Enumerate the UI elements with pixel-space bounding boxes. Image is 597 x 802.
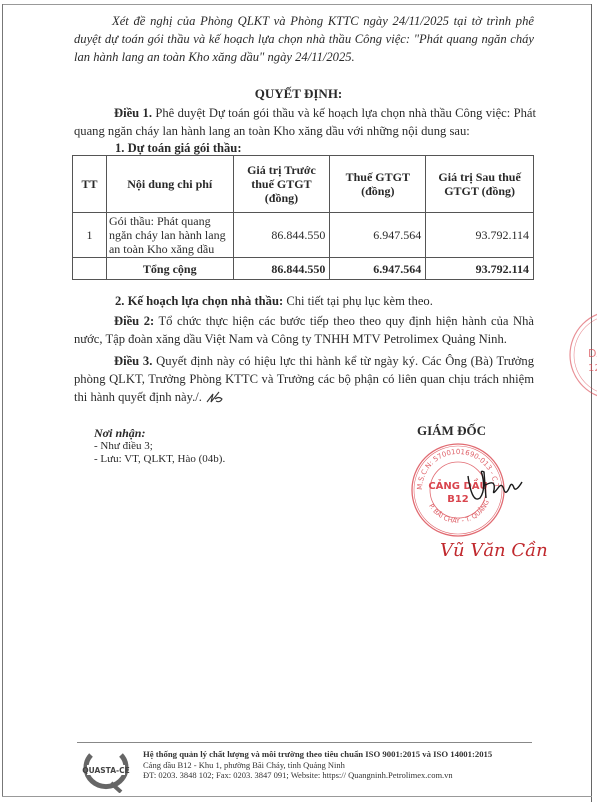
intro-paragraph: Xét đề nghị của Phòng QLKT và Phòng KTTC…: [74, 12, 534, 66]
recipients-block: Nơi nhận: - Như điều 3; - Lưu: VT, QLKT,…: [94, 427, 225, 466]
article-3-label: Điều 3.: [114, 354, 152, 368]
recipients-heading: Nơi nhận:: [94, 427, 225, 440]
article-2: Điều 2: Tổ chức thực hiện các bước tiếp …: [74, 312, 534, 348]
cell-total-pre-tax: 86.844.550: [233, 258, 330, 280]
recipient-item: - Lưu: VT, QLKT, Hào (04b).: [94, 453, 225, 466]
svg-text:12: 12: [588, 363, 597, 374]
quasta-cert-logo-icon: QUASTA-CE: [81, 747, 131, 793]
table-header-row: TT Nội dung chi phí Giá trị Trước thuế G…: [73, 156, 534, 213]
section-2-text: Chi tiết tại phụ lục kèm theo.: [283, 294, 433, 308]
header-pre-tax: Giá trị Trước thuế GTGT (đồng): [233, 156, 330, 213]
decision-title: QUYẾT ĐỊNH:: [0, 86, 597, 102]
table-row: 1 Gói thầu: Phát quang ngăn cháy lan hàn…: [73, 213, 534, 258]
footer-divider: [77, 742, 532, 743]
signer-title: GIÁM ĐỐC: [417, 423, 486, 439]
footer-contact: ĐT: 0203. 3848 102; Fax: 0203. 3847 091;…: [143, 770, 492, 781]
cell-pre-tax: 86.844.550: [233, 213, 330, 258]
handwritten-signature-icon: [466, 468, 526, 508]
section-2-label: 2. Kế hoạch lựa chọn nhà thầu:: [115, 294, 283, 308]
cell-tt: 1: [73, 213, 107, 258]
cell-total-label: Tổng cộng: [106, 258, 233, 280]
header-tt: TT: [73, 156, 107, 213]
cell-vat: 6.947.564: [330, 213, 426, 258]
article-2-label: Điều 2:: [114, 314, 154, 328]
partial-stamp-edge-icon: DẦ 12: [566, 305, 597, 405]
header-post-tax: Giá trị Sau thuế GTGT (đồng): [426, 156, 534, 213]
page-border-bottom: [2, 796, 592, 797]
section-2: 2. Kế hoạch lựa chọn nhà thầu: Chi tiết …: [115, 292, 433, 310]
cell-total-post-tax: 93.792.114: [426, 258, 534, 280]
header-content: Nội dung chi phí: [106, 156, 233, 213]
article-1: Điều 1. Phê duyệt Dự toán gói thầu và kế…: [74, 104, 536, 140]
svg-text:DẦ: DẦ: [588, 346, 597, 360]
signer-name: Vũ Văn Cần: [440, 540, 548, 561]
header-vat: Thuế GTGT (đồng): [330, 156, 426, 213]
cost-estimate-table: TT Nội dung chi phí Giá trị Trước thuế G…: [72, 155, 534, 280]
footer-iso-line: Hệ thống quản lý chất lượng và môi trườn…: [143, 749, 492, 760]
cell-total-tt: [73, 258, 107, 280]
cell-total-vat: 6.947.564: [330, 258, 426, 280]
recipient-item: - Như điều 3;: [94, 440, 225, 453]
initials-scribble-icon: [205, 390, 225, 404]
footer-address: Cảng dầu B12 - Khu 1, phường Bãi Cháy, t…: [143, 760, 492, 771]
table-total-row: Tổng cộng 86.844.550 6.947.564 93.792.11…: [73, 258, 534, 280]
cell-content: Gói thầu: Phát quang ngăn cháy lan hành …: [106, 213, 233, 258]
article-1-label: Điều 1.: [114, 106, 152, 120]
page-border-left: [2, 4, 3, 796]
footer-info: Hệ thống quản lý chất lượng và môi trườn…: [143, 749, 492, 781]
page-border-top: [2, 4, 592, 5]
cell-post-tax: 93.792.114: [426, 213, 534, 258]
article-3: Điều 3. Quyết định này có hiệu lực thi h…: [74, 352, 534, 406]
svg-text:QUASTA-CE: QUASTA-CE: [82, 766, 130, 775]
